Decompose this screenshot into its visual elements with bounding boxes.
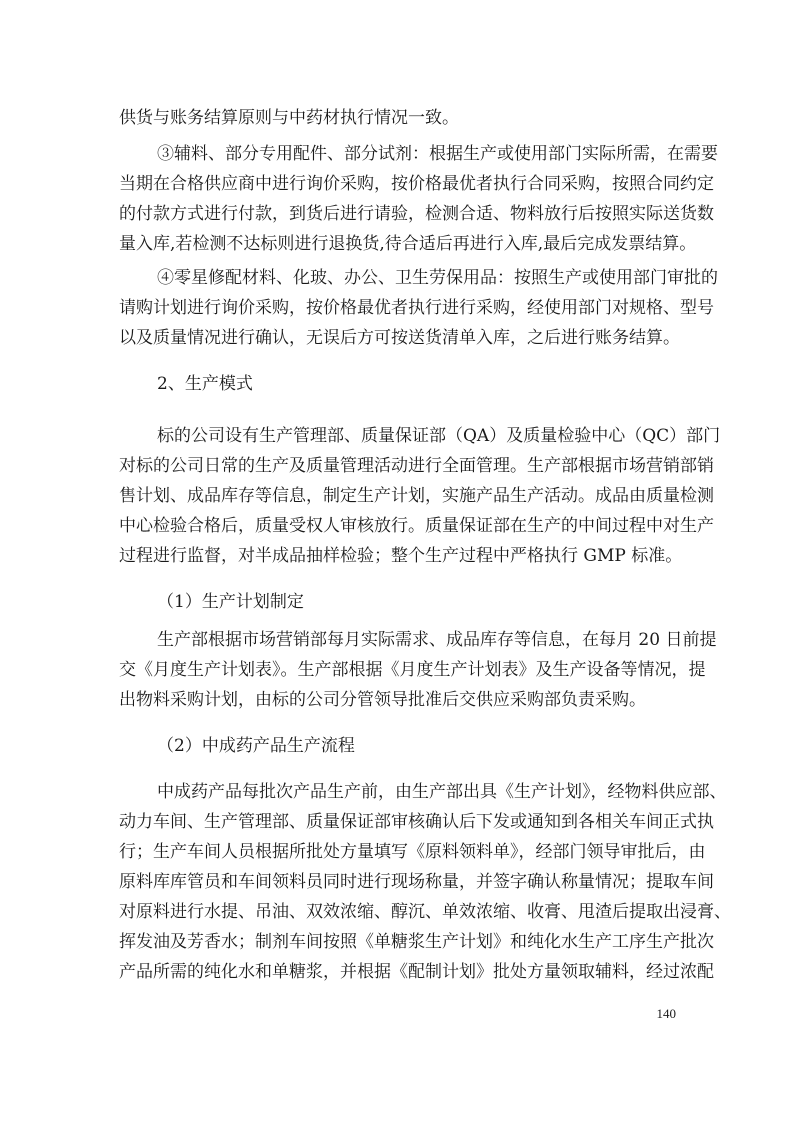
paragraph-line: 对标的公司日常的生产及质量管理活动进行全面管理。生产部根据市场营销部销 [119, 451, 673, 481]
subsection-heading: （2）中成药产品生产流程 [157, 731, 673, 761]
paragraph-line: 中成药产品每批次产品生产前，由生产部出具《生产计划》，经物料供应部、 [157, 777, 673, 807]
document-page: 供货与账务结算原则与中药材执行情况一致。 ③辅料、部分专用配件、部分试剂：根据生… [0, 0, 793, 1122]
paragraph-line: 原料库库管员和车间领料员同时进行现场称量，并签字确认称量情况；提取车间 [119, 867, 673, 897]
subsection-heading: （1）生产计划制定 [157, 587, 673, 617]
paragraph-line: 供货与账务结算原则与中药材执行情况一致。 [119, 103, 673, 133]
paragraph-line: 生产部根据市场营销部每月实际需求、成品库存等信息，在每月 20 日前提 [157, 625, 673, 655]
paragraph-line: ③辅料、部分专用配件、部分试剂：根据生产或使用部门实际所需，在需要 [157, 139, 673, 169]
section-heading: 2、生产模式 [157, 369, 673, 399]
paragraph-line: 挥发油及芳香水；制剂车间按照《单糖浆生产计划》和纯化水生产工序生产批次 [119, 927, 673, 957]
paragraph-line: ④零星修配材料、化玻、办公、卫生劳保用品：按照生产或使用部门审批的 [157, 263, 673, 293]
paragraph-line: 对原料进行水提、吊油、双效浓缩、醇沉、单效浓缩、收膏、甩渣后提取出浸膏、 [119, 897, 673, 927]
paragraph-line: 过程进行监督，对半成品抽样检验；整个生产过程中严格执行 GMP 标准。 [119, 541, 673, 571]
paragraph-line: 售计划、成品库存等信息，制定生产计划，实施产品生产活动。成品由质量检测 [119, 481, 673, 511]
paragraph-line: 出物料采购计划，由标的公司分管领导批准后交供应采购部负责采购。 [119, 685, 673, 715]
page-number: 140 [650, 1004, 676, 1024]
paragraph-line: 交《月度生产计划表》。生产部根据《月度生产计划表》及生产设备等情况，提 [119, 655, 673, 685]
paragraph-line: 量入库,若检测不达标则进行退换货,待合适后再进行入库,最后完成发票结算。 [119, 229, 673, 259]
paragraph-line: 动力车间、生产管理部、质量保证部审核确认后下发或通知到各相关车间正式执 [119, 807, 673, 837]
paragraph-line: 当期在合格供应商中进行询价采购，按价格最优者执行合同采购，按照合同约定 [119, 169, 673, 199]
paragraph-line: 的付款方式进行付款，到货后进行请验，检测合适、物料放行后按照实际送货数 [119, 199, 673, 229]
paragraph-line: 以及质量情况进行确认，无误后方可按送货清单入库，之后进行账务结算。 [119, 323, 673, 353]
paragraph-line: 中心检验合格后，质量受权人审核放行。质量保证部在生产的中间过程中对生产 [119, 511, 673, 541]
paragraph-line: 请购计划进行询价采购，按价格最优者执行进行采购，经使用部门对规格、型号 [119, 293, 673, 323]
paragraph-line: 产品所需的纯化水和单糖浆，并根据《配制计划》批处方量领取辅料，经过浓配 [119, 957, 673, 987]
paragraph-line: 标的公司设有生产管理部、质量保证部（QA）及质量检验中心（QC）部门 [157, 421, 673, 451]
paragraph-line: 行；生产车间人员根据所批处方量填写《原料领料单》，经部门领导审批后，由 [119, 837, 673, 867]
